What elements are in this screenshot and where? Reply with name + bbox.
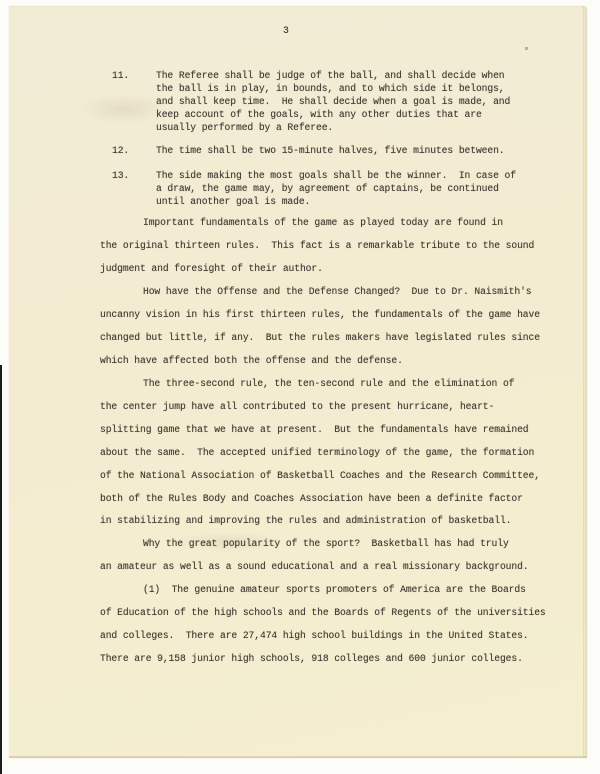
rule-text: The time shall be two 15-minute halves, … [156, 145, 552, 158]
text-line: both of the Rules Body and Coaches Assoc… [100, 488, 570, 511]
text-line: an amateur as well as a sound educationa… [100, 556, 570, 579]
rule-number: 13. [112, 170, 129, 183]
text-line: of Education of the high schools and the… [100, 602, 570, 625]
text-line: How have the Offense and the Defense Cha… [100, 281, 570, 304]
rule-text: The Referee shall be judge of the ball, … [156, 70, 552, 135]
text-line: the ball is in play, in bounds, and to w… [156, 83, 552, 96]
text-line: The side making the most goals shall be … [156, 170, 552, 183]
paper-speck [525, 47, 528, 50]
rule-text: The side making the most goals shall be … [156, 170, 552, 209]
text-line: uncanny vision in his first thirteen rul… [100, 304, 570, 327]
text-line: and colleges. There are 27,474 high scho… [100, 625, 570, 648]
text-line: There are 9,158 junior high schools, 918… [100, 648, 570, 671]
text-line: splitting game that we have at present. … [100, 419, 570, 442]
paragraph: Important fundamentals of the game as pl… [100, 212, 570, 281]
text-line: judgment and foresight of their author. [100, 258, 570, 281]
page-edge-crease [583, 6, 584, 758]
text-line: usually performed by a Referee. [156, 122, 552, 135]
rule-number: 11. [112, 70, 129, 83]
text-line: until another goal is made. [156, 196, 552, 209]
rule-item-11: 11. The Referee shall be judge of the ba… [112, 70, 552, 135]
text-line: The Referee shall be judge of the ball, … [156, 70, 552, 83]
text-line: about the same. The accepted unified ter… [100, 442, 570, 465]
text-line: a draw, the game may, by agreement of ca… [156, 183, 552, 196]
rule-item-12: 12. The time shall be two 15-minute halv… [112, 145, 552, 158]
text-line: the center jump have all contributed to … [100, 396, 570, 419]
text-line: and shall keep time. He shall decide whe… [156, 96, 552, 109]
text-line: changed but little, if any. But the rule… [100, 327, 570, 350]
text-line: in stabilizing and improving the rules a… [100, 510, 570, 533]
paragraph: How have the Offense and the Defense Cha… [100, 281, 570, 373]
paragraph: The three-second rule, the ten-second ru… [100, 373, 570, 533]
text-line: which have affected both the offense and… [100, 350, 570, 373]
scanner-edge-strip [0, 365, 2, 774]
scanned-document-screenshot: 3 11. The Referee shall be judge of the … [0, 0, 600, 774]
text-line: keep account of the goals, with any othe… [156, 109, 552, 122]
text-line: (1) The genuine amateur sports promoters… [100, 579, 570, 602]
text-line: The three-second rule, the ten-second ru… [100, 373, 570, 396]
rule-number: 12. [112, 145, 129, 158]
text-line: the original thirteen rules. This fact i… [100, 235, 570, 258]
text-line: Why the great popularity of the sport? B… [100, 533, 570, 556]
paragraph: Why the great popularity of the sport? B… [100, 533, 570, 579]
text-line: The time shall be two 15-minute halves, … [156, 145, 552, 158]
page-number: 3 [283, 25, 289, 38]
rule-item-13: 13. The side making the most goals shall… [112, 170, 552, 209]
paragraph: (1) The genuine amateur sports promoters… [100, 579, 570, 671]
document-page: 3 11. The Referee shall be judge of the … [9, 6, 587, 758]
text-line: of the National Association of Basketbal… [100, 465, 570, 488]
text-line: Important fundamentals of the game as pl… [100, 212, 570, 235]
